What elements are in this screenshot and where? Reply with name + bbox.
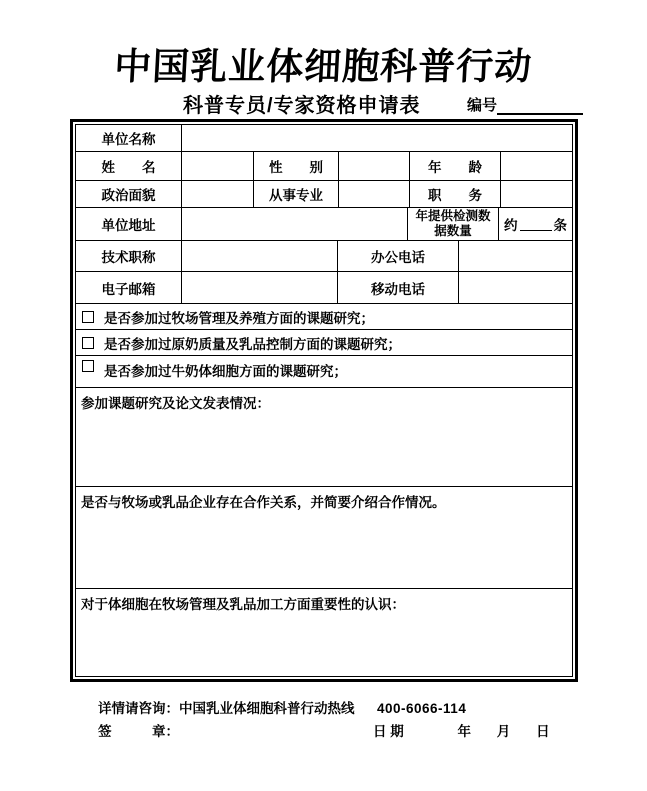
name-label: 姓 名: [76, 152, 182, 180]
technical-title-field[interactable]: [182, 241, 338, 271]
cooperation-label: 是否与牧场或乳品企业存在合作关系，并简要介绍合作情况。: [76, 487, 572, 511]
footer-consult-line: 详情请咨询：中国乳业体细胞科普行动热线 400-6066-114: [98, 697, 578, 720]
serial-number-label: 编号: [467, 97, 497, 114]
profession-field[interactable]: [339, 181, 410, 207]
row-unit-address: 单位地址 年提供检测数据数量 约条: [76, 208, 572, 241]
farm-management-checkbox[interactable]: [82, 311, 94, 323]
annual-data-field[interactable]: 约条: [499, 208, 572, 240]
subtitle-row: 科普专员/专家资格申请表 编号: [0, 89, 647, 119]
mobile-phone-field[interactable]: [459, 272, 572, 303]
month-label: 月: [497, 724, 511, 739]
row-email: 电子邮箱 移动电话: [76, 272, 572, 304]
unit-name-label: 单位名称: [76, 125, 182, 151]
footer-sign-line: 签 章： 日 期 年 月 日: [98, 720, 578, 743]
annual-data-blank[interactable]: [520, 218, 552, 231]
annual-data-suffix: 条: [554, 214, 568, 234]
consult-label: 详情请咨询：中国乳业体细胞科普行动热线: [98, 701, 355, 716]
section-research-papers[interactable]: 参加课题研究及论文发表情况：: [76, 388, 572, 487]
row-name-gender-age: 姓 名 性 别 年 龄: [76, 152, 572, 181]
date-label: 日 期: [373, 724, 404, 739]
hotline-number: 400-6066-114: [377, 697, 466, 720]
age-label: 年 龄: [410, 152, 501, 180]
unit-name-field[interactable]: [182, 125, 572, 151]
raw-milk-quality-label: 是否参加过原奶质量及乳品控制方面的课题研究；: [104, 333, 401, 353]
profession-label: 从事专业: [254, 181, 339, 207]
serial-number: 编号: [467, 94, 583, 115]
checkbox-row-somatic-cell-research: 是否参加过牛奶体细胞方面的课题研究；: [76, 356, 572, 388]
somatic-cell-importance-label: 对于体细胞在牧场管理及乳品加工方面重要性的认识：: [76, 589, 572, 613]
somatic-cell-research-checkbox[interactable]: [82, 360, 94, 372]
gender-field[interactable]: [339, 152, 410, 180]
office-phone-field[interactable]: [459, 241, 572, 271]
farm-management-label: 是否参加过牧场管理及养殖方面的课题研究；: [104, 307, 374, 327]
annual-data-label: 年提供检测数据数量: [408, 208, 499, 240]
name-field[interactable]: [182, 152, 254, 180]
checkbox-row-raw-milk-quality: 是否参加过原奶质量及乳品控制方面的课题研究；: [76, 330, 572, 356]
position-field[interactable]: [501, 181, 572, 207]
unit-address-label: 单位地址: [76, 208, 182, 240]
somatic-cell-research-label: 是否参加过牛奶体细胞方面的课题研究；: [104, 360, 347, 380]
row-political-profession-position: 政治面貌 从事专业 职 务: [76, 181, 572, 208]
unit-address-field[interactable]: [182, 208, 408, 240]
position-label: 职 务: [410, 181, 501, 207]
raw-milk-quality-checkbox[interactable]: [82, 337, 94, 349]
footer: 详情请咨询：中国乳业体细胞科普行动热线 400-6066-114 签 章： 日 …: [98, 697, 578, 743]
political-status-label: 政治面貌: [76, 181, 182, 207]
email-label: 电子邮箱: [76, 272, 182, 303]
age-field[interactable]: [501, 152, 572, 180]
mobile-phone-label: 移动电话: [338, 272, 459, 303]
research-papers-label: 参加课题研究及论文发表情况：: [76, 388, 572, 412]
day-label: 日: [536, 724, 550, 739]
gender-label: 性 别: [254, 152, 339, 180]
section-cooperation[interactable]: 是否与牧场或乳品企业存在合作关系，并简要介绍合作情况。: [76, 487, 572, 589]
signature-label: 签 章：: [98, 724, 179, 739]
checkbox-row-farm-management: 是否参加过牧场管理及养殖方面的课题研究；: [76, 304, 572, 330]
date-group: 日 期 年 月 日: [373, 720, 550, 743]
political-status-field[interactable]: [182, 181, 254, 207]
application-table: 单位名称 姓 名 性 别 年 龄 政治面貌 从事专业 职 务: [70, 119, 578, 682]
form-subtitle: 科普专员/专家资格申请表: [183, 89, 421, 118]
email-field[interactable]: [182, 272, 338, 303]
serial-number-blank[interactable]: [497, 100, 583, 115]
year-label: 年: [458, 724, 472, 739]
annual-data-prefix: 约: [504, 214, 518, 234]
technical-title-label: 技术职称: [76, 241, 182, 271]
page-title: 中国乳业体细胞科普行动: [0, 36, 647, 90]
application-form-page: 中国乳业体细胞科普行动 科普专员/专家资格申请表 编号 单位名称 姓 名 性 别…: [0, 0, 647, 791]
row-unit-name: 单位名称: [76, 125, 572, 152]
row-technical-title: 技术职称 办公电话: [76, 241, 572, 272]
office-phone-label: 办公电话: [338, 241, 459, 271]
section-somatic-cell-importance[interactable]: 对于体细胞在牧场管理及乳品加工方面重要性的认识：: [76, 589, 572, 676]
